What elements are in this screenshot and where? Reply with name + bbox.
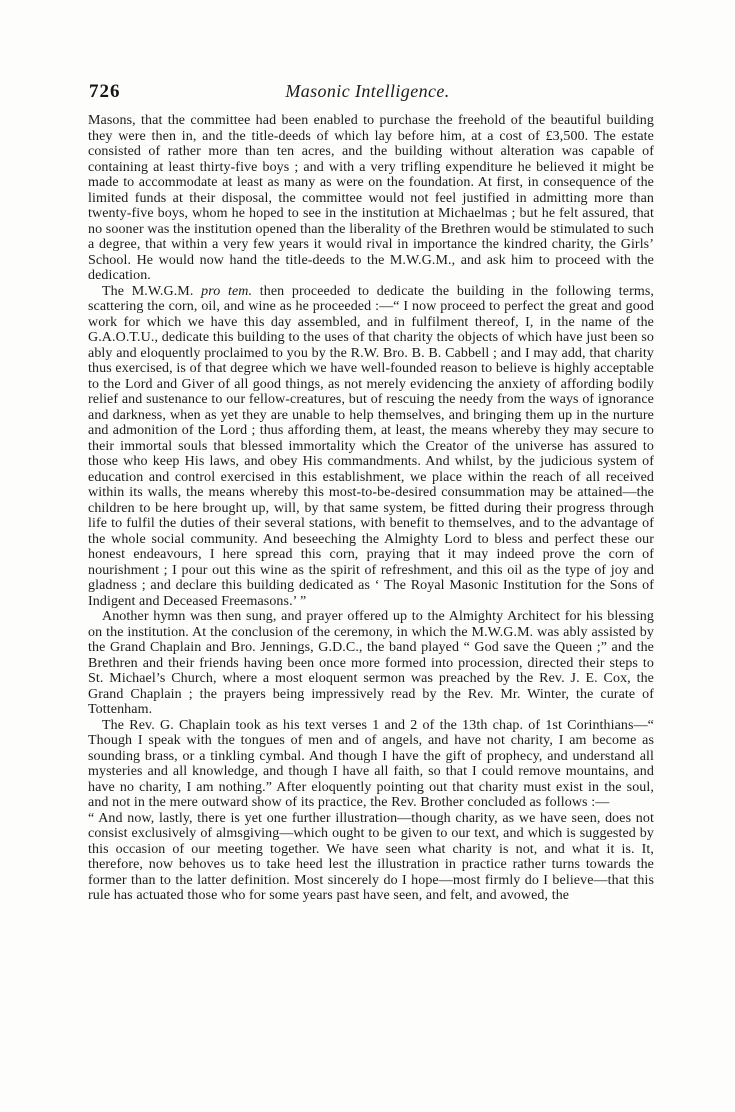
paragraph-ceremony-conclusion: Another hymn was then sung, and prayer o…: [88, 609, 654, 718]
article-body: Masons, that the committee had been enab…: [88, 113, 654, 904]
paragraph-sermon-text: The Rev. G. Chaplain took as his text ve…: [88, 718, 654, 811]
latin-phrase-pro-tem: pro tem.: [201, 284, 252, 299]
dedication-opening-text: The M.W.G.M.: [102, 284, 201, 299]
paragraph-dedication-speech: The M.W.G.M. pro tem. then proceeded to …: [88, 284, 654, 610]
paragraph-sermon-quotation: “ And now, lastly, there is yet one furt…: [88, 811, 654, 904]
page-header: 726 Masonic Intelligence.: [0, 81, 735, 105]
dedication-speech-text: then proceeded to dedicate the building …: [88, 284, 654, 609]
page-number: 726: [89, 81, 121, 103]
paragraph-committee-report: Masons, that the committee had been enab…: [88, 113, 654, 284]
scanned-document-page: 726 Masonic Intelligence. Masons, that t…: [0, 0, 735, 1112]
